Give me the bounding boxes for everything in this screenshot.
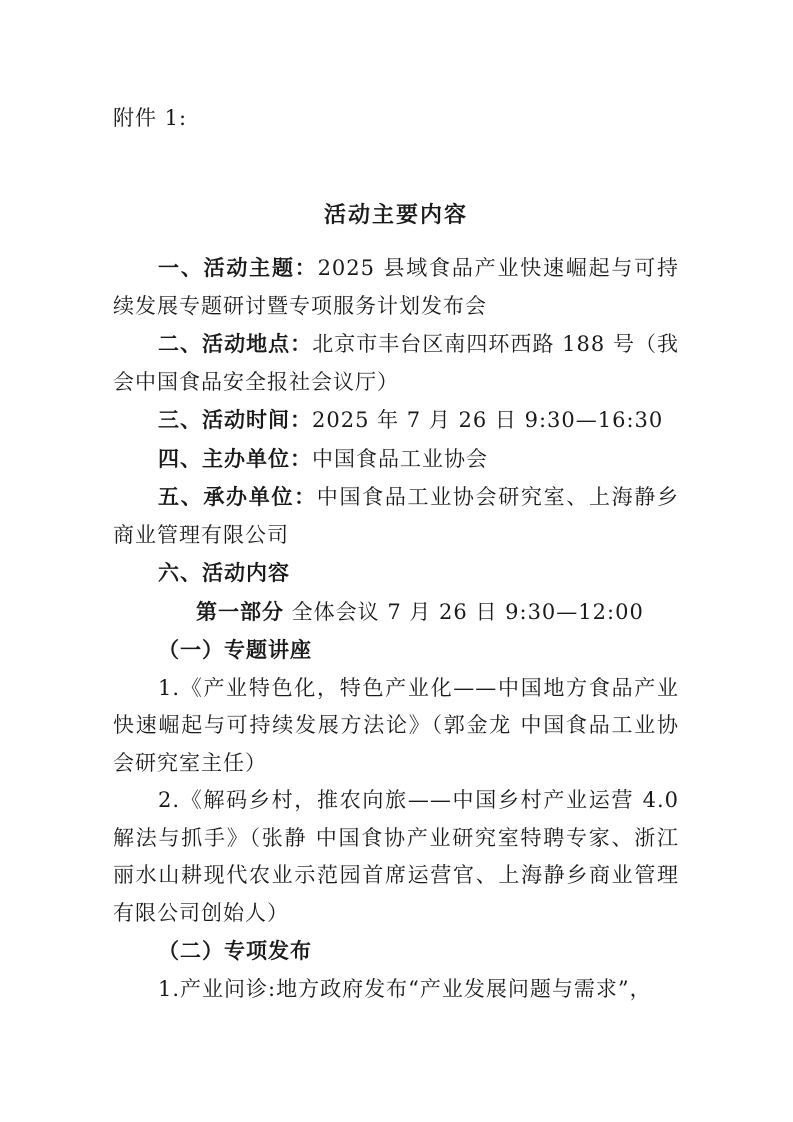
paragraph-lecture1: 1.《产业特色化，特色产业化——中国地方食品产业快速崛起与可持续发展方法论》（郭…: [113, 670, 679, 783]
heading-content: 六、活动内容: [113, 554, 679, 593]
paragraph-release1: 1.产业问诊:地方政府发布“产业发展问题与需求”，: [113, 971, 679, 1009]
paragraph-theme: 一、活动主题：2025 县域食品产业快速崛起与可持续发展专题研讨暨专项服务计划发…: [113, 249, 679, 325]
lecture2-text: 2.《解码乡村，推农向旅——中国乡村产业运营 4.0 解法与抓手》（张静 中国食…: [113, 788, 679, 925]
attachment-label: 附件 1:: [113, 100, 679, 138]
host-text: 中国食品工业协会: [312, 447, 488, 471]
paragraph-time: 三、活动时间：2025 年 7 月 26 日 9:30—16:30: [113, 401, 679, 440]
time-label: 三、活动时间：: [158, 407, 312, 432]
content-heading-label: 六、活动内容: [158, 560, 290, 585]
part1-label: 第一部分: [196, 599, 284, 624]
part1-text: 全体会议 7 月 26 日 9:30—12:00: [284, 600, 644, 624]
host-label: 四、主办单位：: [158, 446, 312, 471]
page-title: 活动主要内容: [113, 197, 679, 235]
paragraph-part1: 第一部分 全体会议 7 月 26 日 9:30—12:00: [113, 593, 679, 632]
theme-label: 一、活动主题：: [158, 255, 318, 280]
paragraph-host: 四、主办单位：中国食品工业协会: [113, 440, 679, 479]
heading-release: （二）专项发布: [113, 932, 679, 971]
lecture-heading-label: （一）专题讲座: [158, 637, 312, 662]
release-heading-label: （二）专项发布: [158, 938, 312, 963]
heading-lecture: （一）专题讲座: [113, 631, 679, 670]
time-text: 2025 年 7 月 26 日 9:30—16:30: [312, 408, 663, 432]
page-title-text: 活动主要内容: [324, 202, 468, 228]
attachment-label-text: 附件 1:: [113, 106, 187, 130]
paragraph-organizer: 五、承办单位：中国食品工业协会研究室、上海静乡商业管理有限公司: [113, 478, 679, 554]
document-page: 附件 1: 活动主要内容 一、活动主题：2025 县域食品产业快速崛起与可持续发…: [0, 0, 793, 1122]
paragraph-location: 二、活动地点：北京市丰台区南四环西路 188 号（我会中国食品安全报社会议厅）: [113, 325, 679, 401]
paragraph-lecture2: 2.《解码乡村，推农向旅——中国乡村产业运营 4.0 解法与抓手》（张静 中国食…: [113, 782, 679, 932]
organizer-label: 五、承办单位：: [158, 484, 317, 509]
lecture1-text: 1.《产业特色化，特色产业化——中国地方食品产业快速崛起与可持续发展方法论》（郭…: [113, 676, 679, 775]
location-label: 二、活动地点：: [158, 331, 312, 356]
document-body: 附件 1: 活动主要内容 一、活动主题：2025 县域食品产业快速崛起与可持续发…: [113, 100, 679, 1008]
release1-text: 1.产业问诊:地方政府发布“产业发展问题与需求”，: [158, 977, 652, 1001]
